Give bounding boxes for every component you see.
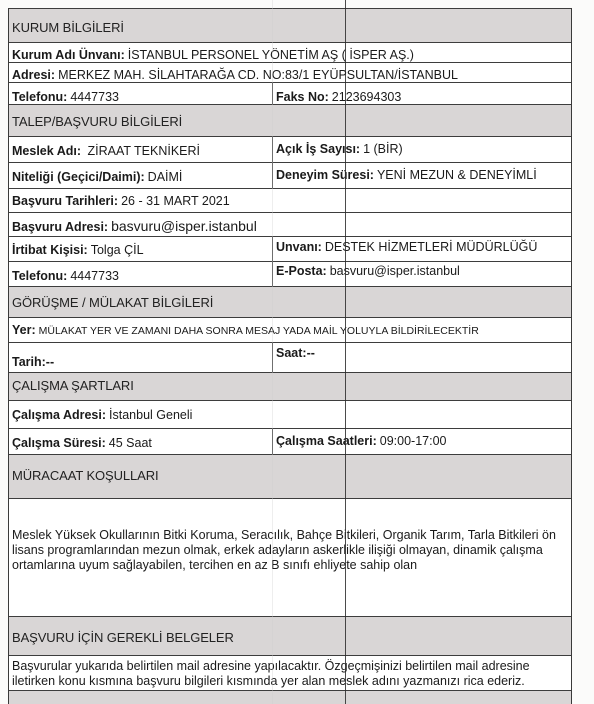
row-contact-phone-email: Telefonu: 4447733 E-Posta: basvuru@isper… [9, 261, 571, 286]
field-label: Telefonu: [12, 269, 67, 283]
row-trailing [9, 690, 571, 704]
field-label: Başvuru Adresi: [12, 220, 108, 234]
field-value: İstanbul Geneli [109, 408, 192, 422]
row-interview-place: Yer: MÜLAKAT YER VE ZAMANI DAHA SONRA ME… [9, 317, 571, 342]
field-label: Çalışma Saatleri: [276, 434, 377, 448]
documents-text: Başvurular yukarıda belirtilen mail adre… [9, 656, 571, 690]
field-value: İSTANBUL PERSONEL YÖNETİM AŞ ( İSPER AŞ.… [128, 48, 414, 62]
row-application-address: Başvuru Adresi: basvuru@isper.istanbul [9, 212, 571, 236]
row-required-documents: Başvurular yukarıda belirtilen mail adre… [9, 655, 571, 690]
field-value: YENİ MEZUN & DENEYİMLİ [377, 168, 537, 182]
field-value: DESTEK HİZMETLERİ MÜDÜRLÜĞÜ [325, 240, 538, 254]
field-label: Başvuru Tarihleri: [12, 194, 118, 208]
row-application-conditions: Meslek Yüksek Okullarının Bitki Koruma, … [9, 498, 571, 616]
field-label: Çalışma Adresi: [12, 408, 106, 422]
field-value: 09:00-17:00 [380, 434, 447, 448]
field-value: MÜLAKAT YER VE ZAMANI DAHA SONRA MESAJ Y… [39, 325, 479, 337]
section-title: KURUM BİLGİLERİ [9, 9, 571, 42]
conditions-text: Meslek Yüksek Okullarının Bitki Koruma, … [9, 499, 571, 616]
field-value: 1 (BİR) [363, 142, 403, 156]
field-value: Tolga ÇİL [91, 243, 144, 257]
application-email-link[interactable]: basvuru@isper.istanbul [111, 218, 257, 234]
field-label: Kurum Adı Ünvanı: [12, 48, 125, 62]
section-title: ÇALIŞMA ŞARTLARI [9, 373, 571, 400]
interview-time: Saat:-- [276, 346, 315, 360]
field-value: DAİMİ [148, 170, 183, 184]
field-value: 4447733 [70, 269, 119, 283]
row-nature-experience: Niteliği (Geçici/Daimi): DAİMİ Deneyim S… [9, 162, 571, 188]
section-title: GÖRÜŞME / MÜLAKAT BİLGİLERİ [9, 287, 571, 317]
field-label: Unvanı: [276, 240, 322, 254]
field-label: E-Posta: [276, 264, 327, 278]
field-label: Açık İş Sayısı: [276, 142, 360, 156]
section-header-calisma: ÇALIŞMA ŞARTLARI [9, 372, 571, 400]
field-label: Niteliği (Geçici/Daimi): [12, 170, 145, 184]
field-label: Deneyim Süresi: [276, 168, 374, 182]
row-institution-name: Kurum Adı Ünvanı: İSTANBUL PERSONEL YÖNE… [9, 42, 571, 62]
section-header-muracaat: MÜRACAAT KOŞULLARI [9, 454, 571, 498]
row-profession-openings: Meslek Adı: ZİRAAT TEKNİKERİ Açık İş Say… [9, 136, 571, 162]
job-posting-form: KURUM BİLGİLERİ Kurum Adı Ünvanı: İSTANB… [8, 8, 572, 704]
row-institution-phone-fax: Telefonu: 4447733 Faks No: 2123694303 [9, 82, 571, 104]
row-contact-title: İrtibat Kişisi: Tolga ÇİL Unvanı: DESTEK… [9, 236, 571, 261]
field-label: Adresi: [12, 68, 55, 82]
field-value: 4447733 [70, 90, 119, 104]
row-application-dates: Başvuru Tarihleri: 26 - 31 MART 2021 [9, 188, 571, 212]
field-value: 45 Saat [109, 436, 152, 450]
row-interview-date-time: Tarih:-- Saat:-- [9, 342, 571, 372]
section-header-kurum: KURUM BİLGİLERİ [9, 8, 571, 42]
section-header-gorusme: GÖRÜŞME / MÜLAKAT BİLGİLERİ [9, 286, 571, 317]
field-value: MERKEZ MAH. SİLAHTARAĞA CD. NO:83/1 EYÜP… [58, 68, 458, 82]
section-title: MÜRACAAT KOŞULLARI [9, 455, 571, 498]
field-value: ZİRAAT TEKNİKERİ [84, 144, 200, 158]
section-header-belgeler: BAŞVURU İÇİN GEREKLİ BELGELER [9, 616, 571, 655]
contact-email-link[interactable]: basvuru@isper.istanbul [330, 264, 460, 278]
field-label: İrtibat Kişisi: [12, 243, 88, 257]
row-work-address: Çalışma Adresi: İstanbul Geneli [9, 400, 571, 428]
section-title: TALEP/BAŞVURU BİLGİLERİ [9, 105, 571, 136]
row-work-duration-hours: Çalışma Süresi: 45 Saat Çalışma Saatleri… [9, 428, 571, 454]
field-label: Telefonu: [12, 90, 67, 104]
row-institution-address: Adresi: MERKEZ MAH. SİLAHTARAĞA CD. NO:8… [9, 62, 571, 82]
field-value: 26 - 31 MART 2021 [121, 194, 230, 208]
field-label: Faks No: [276, 90, 329, 104]
interview-date: Tarih:-- [12, 355, 54, 369]
field-value: 2123694303 [332, 90, 402, 104]
field-label: Yer: [12, 323, 36, 337]
section-header-talep: TALEP/BAŞVURU BİLGİLERİ [9, 104, 571, 136]
field-label: Çalışma Süresi: [12, 436, 106, 450]
scan-fold-line [345, 0, 346, 704]
section-title: BAŞVURU İÇİN GEREKLİ BELGELER [9, 617, 571, 655]
field-label: Meslek Adı: [12, 144, 81, 158]
scan-fold-line-faint [272, 0, 273, 704]
